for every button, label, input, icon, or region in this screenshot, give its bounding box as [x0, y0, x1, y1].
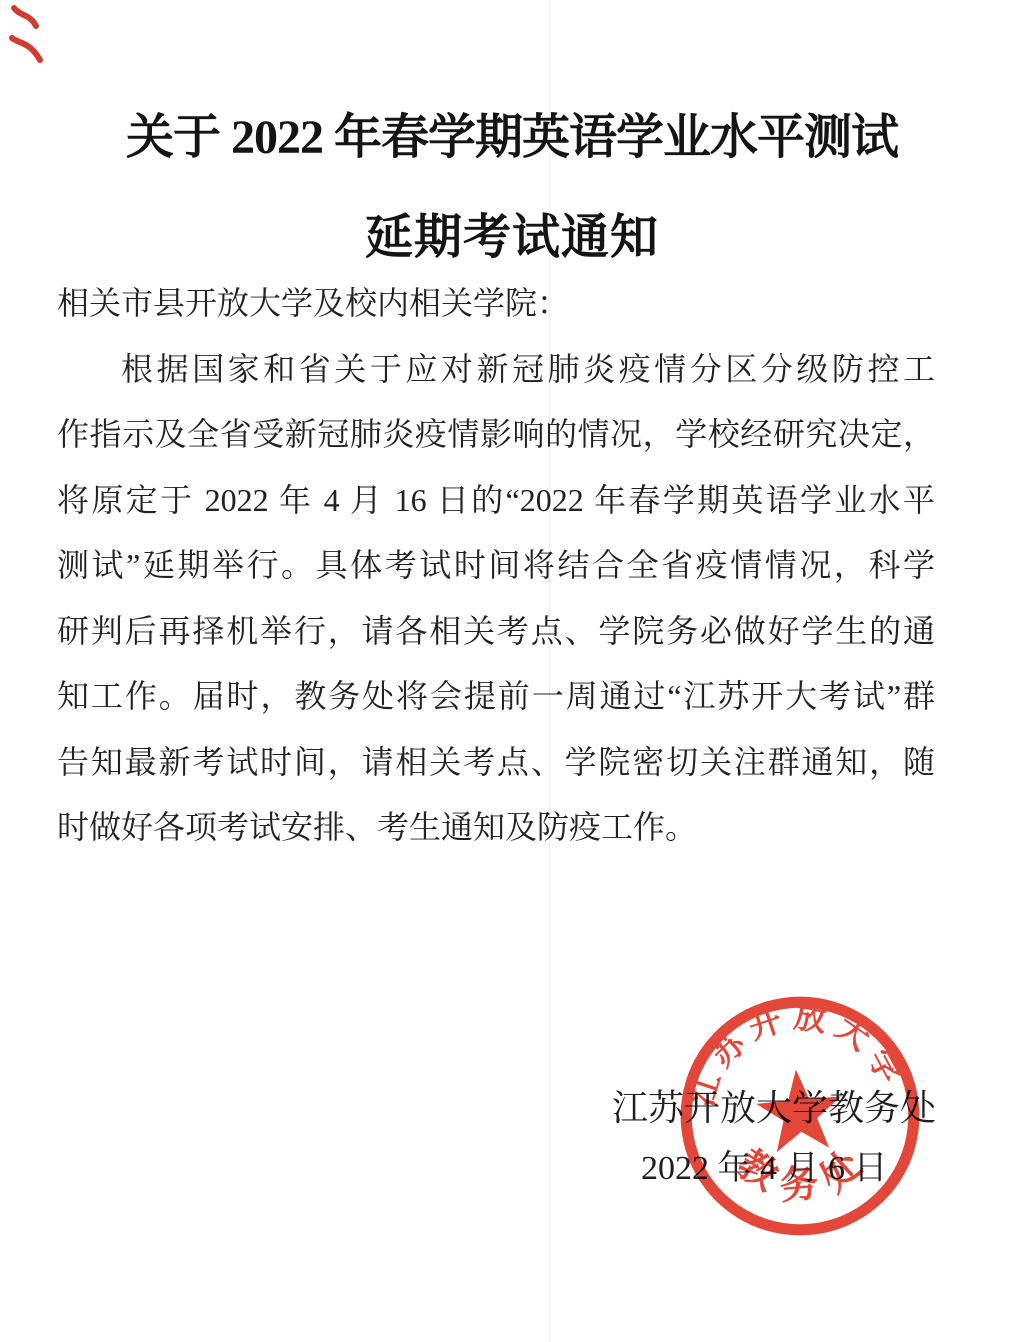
notice-document: 关于 2022 年春学期英语学业水平测试 延期考试通知 相关市县开放大学及校内相… [0, 0, 1024, 1342]
red-pen-mark [4, 2, 56, 70]
salutation: 相关市县开放大学及校内相关学院： [57, 271, 935, 337]
body-line: 研判后再择机举行，请各相关考点、学院务必做好学生的通 [57, 599, 935, 665]
body-line: 根据国家和省关于应对新冠肺炎疫情分区分级防控工 [57, 337, 935, 403]
svg-text:教务处: 教务处 [726, 1131, 883, 1213]
body-line: 测试”延期举行。具体考试时间将结合全省疫情情况，科学 [57, 533, 935, 599]
body-line: 将原定于 2022 年 4 月 16 日的“2022 年春学期英语学业水平 [57, 468, 935, 534]
notice-title-line1: 关于 2022 年春学期英语学业水平测试 [0, 98, 1024, 167]
seal-bottom-text: 教务处 [726, 1131, 883, 1213]
notice-title-line2: 延期考试通知 [0, 198, 1024, 267]
body-line: 知工作。届时，教务处将会提前一周通过“江苏开大考试”群 [57, 664, 935, 730]
body-line: 时做好各项考试安排、考生通知及防疫工作。 [57, 795, 935, 861]
body-line: 作指示及全省受新冠肺炎疫情影响的情况，学校经研究决定， [57, 402, 935, 468]
star-icon [754, 1066, 846, 1154]
notice-body: 相关市县开放大学及校内相关学院： 根据国家和省关于应对新冠肺炎疫情分区分级防控工… [57, 271, 935, 861]
body-line: 告知最新考试时间，请相关考点、学院密切关注群通知，随 [57, 730, 935, 796]
official-seal-stamp: 江苏开放大学 教务处 [662, 978, 937, 1253]
